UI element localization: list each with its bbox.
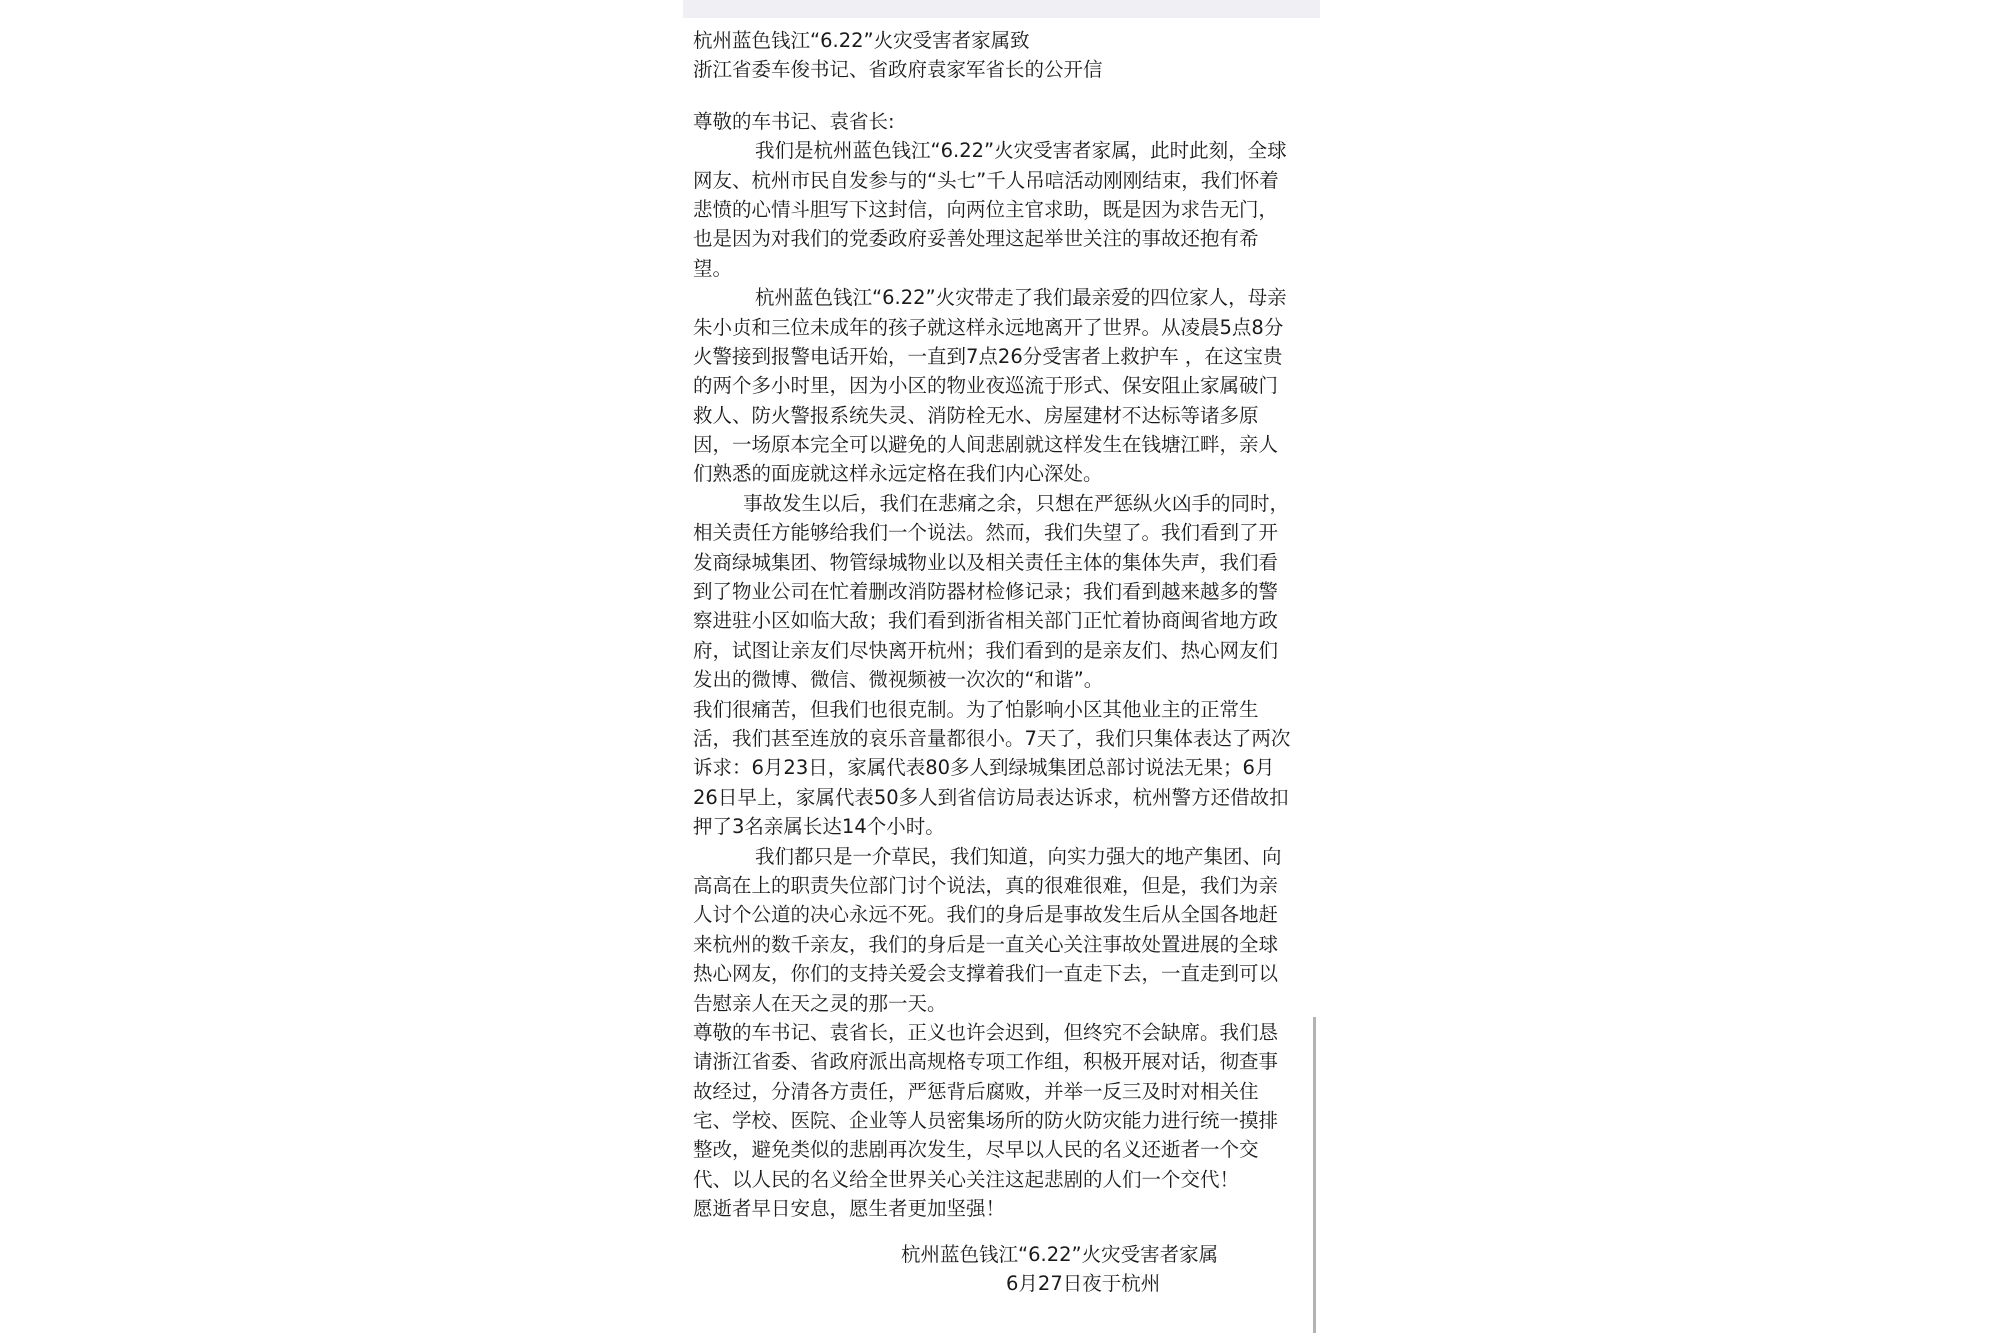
- paragraph-line: 杭州蓝色钱江“6.22”火灾带走了我们最亲爱的四位家人，母亲: [693, 283, 1323, 312]
- paragraph-line: 救人、防火警报系统失灵、消防栓无水、房屋建材不达标等诸多原: [693, 401, 1323, 430]
- paragraph-6: 尊敬的车书记、袁省长，正义也许会迟到，但终究不会缺席。我们恳 请浙江省委、省政府…: [693, 1018, 1323, 1224]
- paragraph-5: 我们都只是一介草民，我们知道，向实力强大的地产集团、向 高高在上的职责失位部门讨…: [693, 842, 1323, 1018]
- paragraph-line: 告慰亲人在天之灵的那一天。: [693, 989, 1323, 1018]
- paragraph-line: 发出的微博、微信、微视频被一次次的“和谐”。: [693, 665, 1323, 694]
- paragraph-line: 朱小贞和三位未成年的孩子就这样永远地离开了世界。从凌晨5点8分: [693, 313, 1323, 342]
- title-line-1: 杭州蓝色钱江“6.22”火灾受害者家属致: [693, 26, 1323, 55]
- paragraph-line: 事故发生以后，我们在悲痛之余，只想在严惩纵火凶手的同时，: [693, 489, 1323, 518]
- paragraph-line: 我们很痛苦，但我们也很克制。为了怕影响小区其他业主的正常生: [693, 695, 1323, 724]
- paragraph-line: 愿逝者早日安息，愿生者更加坚强！: [693, 1194, 1323, 1223]
- paragraph-line: 们熟悉的面庞就这样永远定格在我们内心深处。: [693, 459, 1323, 488]
- paragraph-line: 因，一场原本完全可以避免的人间悲剧就这样发生在钱塘江畔，亲人: [693, 430, 1323, 459]
- vertical-divider: [1313, 1017, 1316, 1333]
- paragraph-line: 故经过，分清各方责任，严惩背后腐败，并举一反三及时对相关住: [693, 1077, 1323, 1106]
- signature-date: 6月27日夜于杭州: [693, 1269, 1636, 1298]
- paragraph-line: 我们都只是一介草民，我们知道，向实力强大的地产集团、向: [693, 842, 1323, 871]
- paragraph-line: 察进驻小区如临大敌；我们看到浙省相关部门正忙着协商闽省地方政: [693, 606, 1323, 635]
- paragraph-line: 网友、杭州市民自发参与的“头七”千人吊唁活动刚刚结束，我们怀着: [693, 166, 1323, 195]
- signature-organization: 杭州蓝色钱江“6.22”火灾受害者家属: [693, 1240, 1531, 1269]
- spacer: [693, 85, 1323, 107]
- paragraph-3: 事故发生以后，我们在悲痛之余，只想在严惩纵火凶手的同时， 相关责任方能够给我们一…: [693, 489, 1323, 695]
- paragraph-1: 我们是杭州蓝色钱江“6.22”火灾受害者家属，此时此刻，全球 网友、杭州市民自发…: [693, 136, 1323, 283]
- paragraph-line: 请浙江省委、省政府派出高规格专项工作组，积极开展对话，彻查事: [693, 1047, 1323, 1076]
- paragraph-line: 我们是杭州蓝色钱江“6.22”火灾受害者家属，此时此刻，全球: [693, 136, 1323, 165]
- paragraph-line: 来杭州的数千亲友，我们的身后是一直关心关注事故处置进展的全球: [693, 930, 1323, 959]
- paragraph-line: 火警接到报警电话开始，一直到7点26分受害者上救护车 ，在这宝贵: [693, 342, 1323, 371]
- paragraph-line: 代、以人民的名义给全世界关心关注这起悲剧的人们一个交代！: [693, 1165, 1323, 1194]
- paragraph-line: 尊敬的车书记、袁省长，正义也许会迟到，但终究不会缺席。我们恳: [693, 1018, 1323, 1047]
- paragraph-line: 活，我们甚至连放的哀乐音量都很小。7天了，我们只集体表达了两次: [693, 724, 1323, 753]
- paragraph-line: 整改，避免类似的悲剧再次发生，尽早以人民的名义还逝者一个交: [693, 1135, 1323, 1164]
- paragraph-line: 诉求：6月23日，家属代表80多人到绿城集团总部讨说法无果；6月: [693, 753, 1323, 782]
- paragraph-line: 高高在上的职责失位部门讨个说法，真的很难很难，但是，我们为亲: [693, 871, 1323, 900]
- paragraph-line: 也是因为对我们的党委政府妥善处理这起举世关注的事故还抱有希: [693, 224, 1323, 253]
- paragraph-2: 杭州蓝色钱江“6.22”火灾带走了我们最亲爱的四位家人，母亲 朱小贞和三位未成年…: [693, 283, 1323, 489]
- salutation: 尊敬的车书记、袁省长:: [693, 107, 1323, 136]
- paragraph-4: 我们很痛苦，但我们也很克制。为了怕影响小区其他业主的正常生 活，我们甚至连放的哀…: [693, 695, 1323, 842]
- paragraph-line: 相关责任方能够给我们一个说法。然而，我们失望了。我们看到了开: [693, 518, 1323, 547]
- paragraph-line: 26日早上，家属代表50多人到省信访局表达诉求，杭州警方还借故扣: [693, 783, 1323, 812]
- paragraph-line: 人讨个公道的决心永远不死。我们的身后是事故发生后从全国各地赶: [693, 900, 1323, 929]
- paragraph-line: 宅、学校、医院、企业等人员密集场所的防火防灾能力进行统一摸排: [693, 1106, 1323, 1135]
- paragraph-line: 府，试图让亲友们尽快离开杭州；我们看到的是亲友们、热心网友们: [693, 636, 1323, 665]
- paragraph-line: 到了物业公司在忙着删改消防器材检修记录；我们看到越来越多的警: [693, 577, 1323, 606]
- paragraph-line: 悲愤的心情斗胆写下这封信，向两位主官求助，既是因为求告无门，: [693, 195, 1323, 224]
- letter-document: 杭州蓝色钱江“6.22”火灾受害者家属致 浙江省委车俊书记、省政府袁家军省长的公…: [693, 26, 1323, 1224]
- paragraph-line: 热心网友，你们的支持关爱会支撑着我们一直走下去，一直走到可以: [693, 959, 1323, 988]
- paragraph-line: 押了3名亲属长达14个小时。: [693, 812, 1323, 841]
- paragraph-line: 发商绿城集团、物管绿城物业以及相关责任主体的集体失声，我们看: [693, 548, 1323, 577]
- paragraph-line: 望。: [693, 254, 1323, 283]
- paragraph-line: 的两个多小时里，因为小区的物业夜巡流于形式、保安阻止家属破门: [693, 371, 1323, 400]
- top-bar: [683, 0, 1320, 18]
- title-line-2: 浙江省委车俊书记、省政府袁家军省长的公开信: [693, 55, 1323, 84]
